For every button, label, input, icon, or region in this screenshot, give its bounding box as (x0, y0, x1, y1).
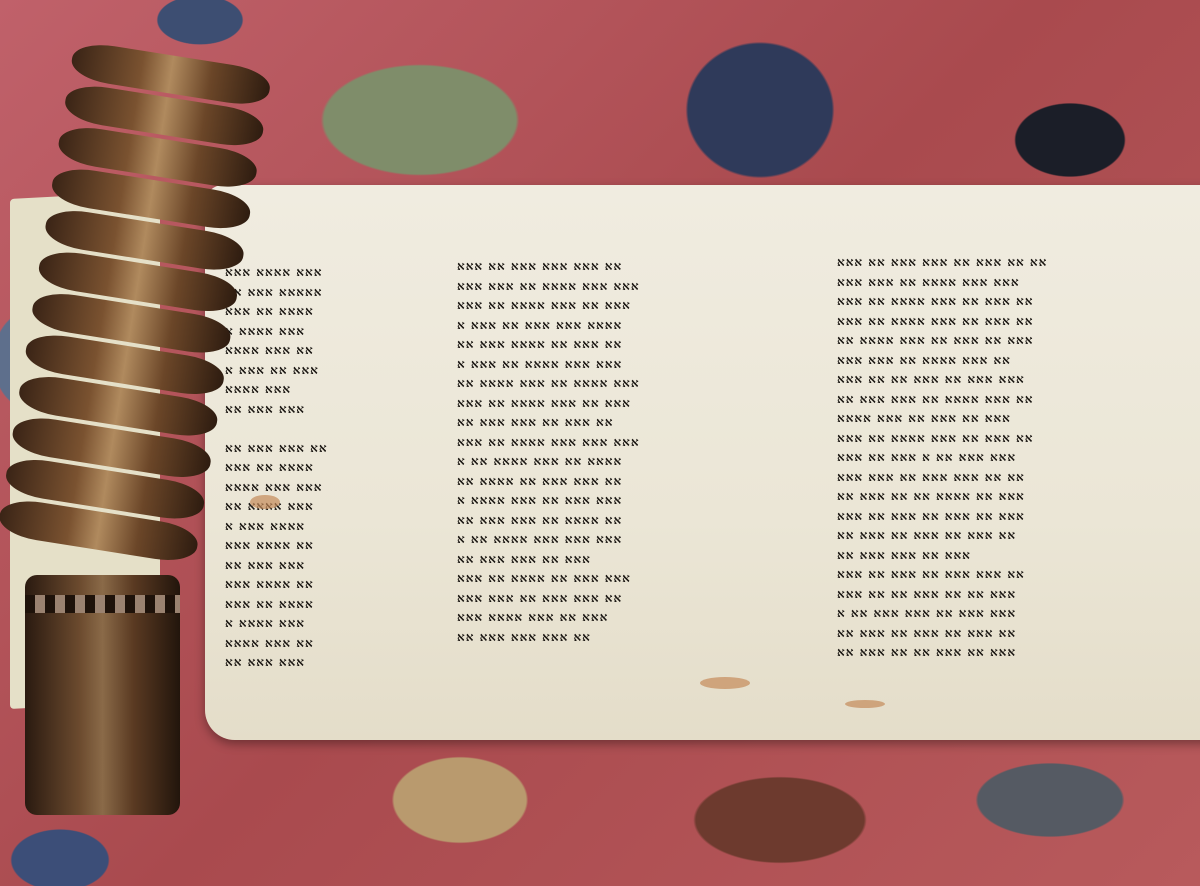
text-line: אא אאא אאאא אא אאא אאא אא (837, 390, 1200, 410)
text-line: אא אאא אא אאא אאאא אא אאא (837, 429, 1200, 449)
text-line: אא אאא אאאא (225, 341, 425, 361)
parchment-scroll: אאא אאאא אאאאאאאא אאא אאאאאא אא אאאאאא א… (205, 185, 1200, 740)
text-line: אאא אא אאא אאאא אא אאא (457, 296, 795, 316)
text-line: אאא אאא אאאא אא אאא א (457, 355, 795, 375)
text-line: אאא אא אאא אאאא אאא (457, 608, 795, 628)
text-line: אאא אאא אאאא אא אאא אאא (837, 273, 1200, 293)
text-line: אאא אאא אא (225, 653, 425, 673)
stain (700, 677, 750, 689)
text-line: אא אאא אא אאאא אאא אא (457, 335, 795, 355)
text-line: אאא אאאא אאא (225, 263, 425, 283)
text-line: אא אאא אא אאא אאאא אא אאא (837, 312, 1200, 332)
text-line: אא אאא אאא אאא אא אאא (457, 257, 795, 277)
text-line: אאא אאא אא (225, 556, 425, 576)
text-line: אא אא אאא אאא אא אאא אאא (837, 468, 1200, 488)
text-line: אא אאא אאא אא אאא אא אאא (837, 565, 1200, 585)
text-line: אא אא אאא אא אאא אאא אא אאא (837, 253, 1200, 273)
text-line: אא אאא אאא אא אאאא אא (457, 472, 795, 492)
roller-handle (25, 575, 180, 815)
text-line: אא אאא אא אאא אא אאא אא (837, 624, 1200, 644)
text-line: אאא אא אאא אאא אא (837, 546, 1200, 566)
text-line: אא אאא אאא אא אאא אאא (457, 589, 795, 609)
text-line: אאא אאא אא (225, 400, 425, 420)
stain (250, 495, 280, 509)
text-line: אאא אאא אא אאא אאאא א (457, 491, 795, 511)
text-line: אאא אאא אא אאאא אא אאא (457, 569, 795, 589)
text-line: אאאא אא אאא (225, 595, 425, 615)
text-line: אאא אאאא א (225, 614, 425, 634)
scene-description: Photograph of a handwritten Hebrew parch… (0, 0, 1, 1)
text-line: אאא אאא אאא אאאא אא א (457, 530, 795, 550)
text-line: אאא אא אאא אאא אא (457, 550, 795, 570)
text-line: אא אאא אא אאא אא אאא אא (837, 526, 1200, 546)
text-line: אא אאא אא אאא אאא אא (457, 413, 795, 433)
text-line: אא אאאא אאא (225, 575, 425, 595)
text-line: אא אאא אאאא אא אאא אאא (837, 351, 1200, 371)
text-line: אא אאאא אאא (225, 536, 425, 556)
stain (845, 700, 885, 708)
text-line: אאא אא אאא אא אאא אאאא אא (837, 331, 1200, 351)
text-line: אאאא אא אאא (225, 302, 425, 322)
text-line: אאא אא אאא אא אא אאא אא (837, 643, 1200, 663)
text-line: אא אאא אאא אא (225, 439, 425, 459)
text-column-2: אא אאא אאא אאא אא אאאאאא אאא אאאא אא אאא… (457, 257, 795, 647)
text-line: אאאאא אאא אא (225, 283, 425, 303)
text-line: אאא אאא אאאא אא אאא אאא (457, 277, 795, 297)
text-line: אא אאא אאא אאא אא (457, 628, 795, 648)
text-line: אאא אאאא א (225, 322, 425, 342)
text-line: אאאא אאא אאא אא אאא א (457, 316, 795, 336)
text-line: אאאא אא אאא (225, 458, 425, 478)
text-line: אאא אאא אאאא (225, 478, 425, 498)
text-line: אאא אאא אאא אאאא אא אאא (457, 433, 795, 453)
text-line: אאא אא אאאא אא אא אאא אא (837, 487, 1200, 507)
text-line: אא אאא אאאא (225, 634, 425, 654)
text-line: אאא אא אאא אא אאא אאאא (837, 409, 1200, 429)
text-line: אאא אא אא אאא אא אא אאא (837, 585, 1200, 605)
text-line: אאא אא אאא אאאא אא אאא (457, 394, 795, 414)
text-column-1: אאא אאאא אאאאאאאא אאא אאאאאא אא אאאאאא א… (225, 263, 425, 673)
text-line: אאאא אא אאא אאאא אא א (457, 452, 795, 472)
text-line: אאא אא אאא אא אאא אא אאא (837, 507, 1200, 527)
text-line: אאא אאא אא אאא אאא אא א (837, 604, 1200, 624)
text-line: אאא אאא אא א אאא אא אאא (837, 448, 1200, 468)
text-line: אאאא אאא א (225, 517, 425, 537)
text-line: אא אאאא אא אאא אאא אא (457, 511, 795, 531)
text-line: אאא אאא אא אאא אא אא אאא (837, 370, 1200, 390)
text-column-3: אא אא אאא אא אאא אאא אא אאאאאא אאא אאאא … (837, 253, 1200, 663)
text-line: אאא אא אאא א (225, 361, 425, 381)
text-line (225, 419, 425, 439)
text-line: אאא אאאא (225, 380, 425, 400)
text-line: אאא אאאא אא אאא אאאא אא (457, 374, 795, 394)
text-line: אא אאא אא אאא אאאא אא אאא (837, 292, 1200, 312)
